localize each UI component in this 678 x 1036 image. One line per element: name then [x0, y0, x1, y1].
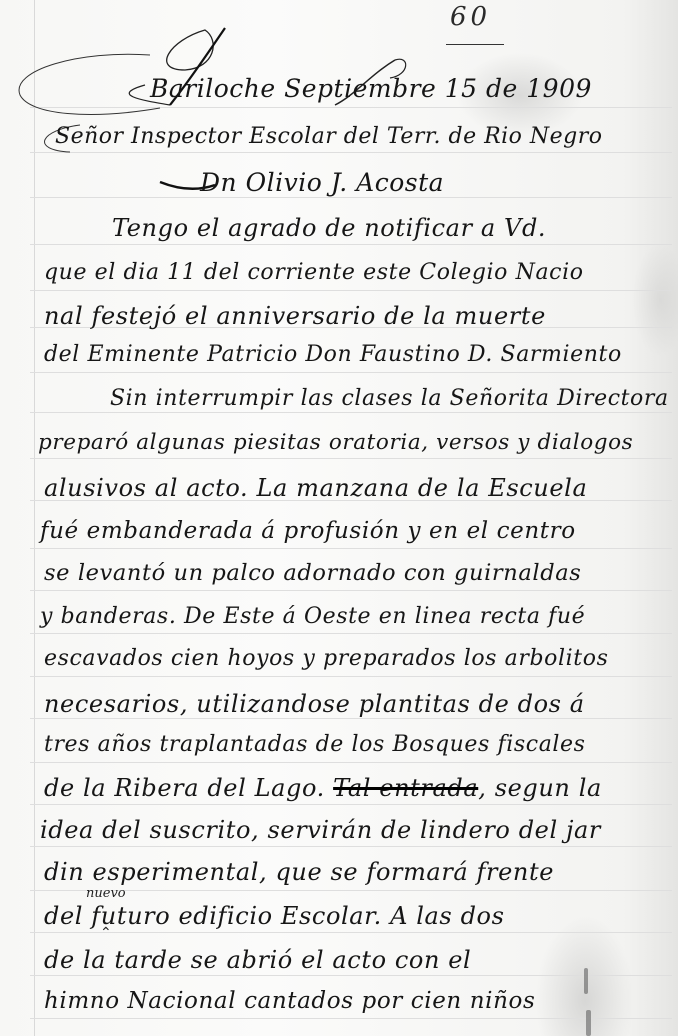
body-line-18: de la tarde se abrió el acto con el: [44, 946, 471, 974]
page-number: 60: [450, 2, 491, 32]
ruled-line: [30, 290, 672, 291]
body-line-14-before: de la Ribera del Lago.: [44, 774, 333, 802]
ink-stain: [584, 968, 588, 994]
struck-out-text: Tal entrada: [333, 774, 478, 802]
ink-stain: [586, 1010, 591, 1036]
body-line-6: preparó algunas piesitas oratoria, verso…: [38, 430, 633, 455]
body-line-1: Tengo el agrado de notificar a Vd.: [112, 214, 546, 242]
ruled-line: [30, 590, 672, 591]
ruled-line: [30, 932, 672, 933]
place-date-line: Bariloche Septiembre 15 de 1909: [150, 74, 592, 103]
ruled-line: [30, 633, 672, 634]
addressee-name: Dn Olivio J. Acosta: [200, 168, 444, 197]
body-line-13: tres años traplantadas de los Bosques fi…: [44, 732, 586, 757]
body-line-12: necesarios, utilizandose plantitas de do…: [44, 690, 585, 718]
body-line-17-before: del: [44, 902, 91, 930]
ruled-line: [30, 548, 672, 549]
ruled-line: [30, 676, 672, 677]
ruled-line: [30, 372, 672, 373]
body-line-9: se levantó un palco adornado con guirnal…: [44, 560, 581, 586]
ruled-line: [30, 152, 672, 153]
body-line-3: nal festejó el anniversario de la muerte: [44, 302, 546, 330]
ruled-line: [30, 107, 672, 108]
body-line-10: y banderas. De Este á Oeste en linea rec…: [40, 604, 585, 629]
ruled-line: [30, 197, 672, 198]
ruled-line: [30, 718, 672, 719]
body-line-11: escavados cien hoyos y preparados los ar…: [44, 646, 608, 671]
ruled-line: [30, 846, 672, 847]
ruled-line: [30, 412, 672, 413]
body-line-7: alusivos al acto. La manzana de la Escue…: [44, 474, 587, 502]
page-number-underline: [446, 44, 504, 45]
body-line-17: del futuro edificio Escolar. A las dos: [44, 902, 505, 930]
interlinear-insertion: nuevo: [86, 886, 126, 901]
ruled-line: [30, 890, 672, 891]
ruled-line: [30, 1018, 672, 1019]
body-line-16: din esperimental, que se formará frente: [44, 858, 554, 886]
margin-line: [34, 0, 35, 1036]
ruled-line: [30, 762, 672, 763]
ruled-line: [30, 458, 672, 459]
ruled-line: [30, 804, 672, 805]
body-line-19: himno Nacional cantados por cien niños: [44, 988, 535, 1014]
body-line-14-after: , segun la: [478, 774, 602, 802]
body-line-15: idea del suscrito, servirán de lindero d…: [40, 816, 601, 844]
body-line-4: del Eminente Patricio Don Faustino D. Sa…: [44, 342, 622, 367]
document-page: 60 Bariloche Septiembre 15 de 1909 Señor…: [0, 0, 678, 1036]
body-line-14: de la Ribera del Lago. Tal entrada, segu…: [44, 774, 602, 802]
body-line-5: Sin interrumpir las clases la Señorita D…: [110, 386, 669, 411]
body-line-17-after: futuro edificio Escolar. A las dos: [91, 902, 504, 930]
body-line-2: que el dia 11 del corriente este Colegio…: [44, 260, 584, 285]
addressee-line: Señor Inspector Escolar del Terr. de Rio…: [55, 124, 603, 149]
ruled-line: [30, 244, 672, 245]
body-line-8: fué embanderada á profusión y en el cent…: [40, 518, 576, 544]
ruled-line: [30, 975, 672, 976]
